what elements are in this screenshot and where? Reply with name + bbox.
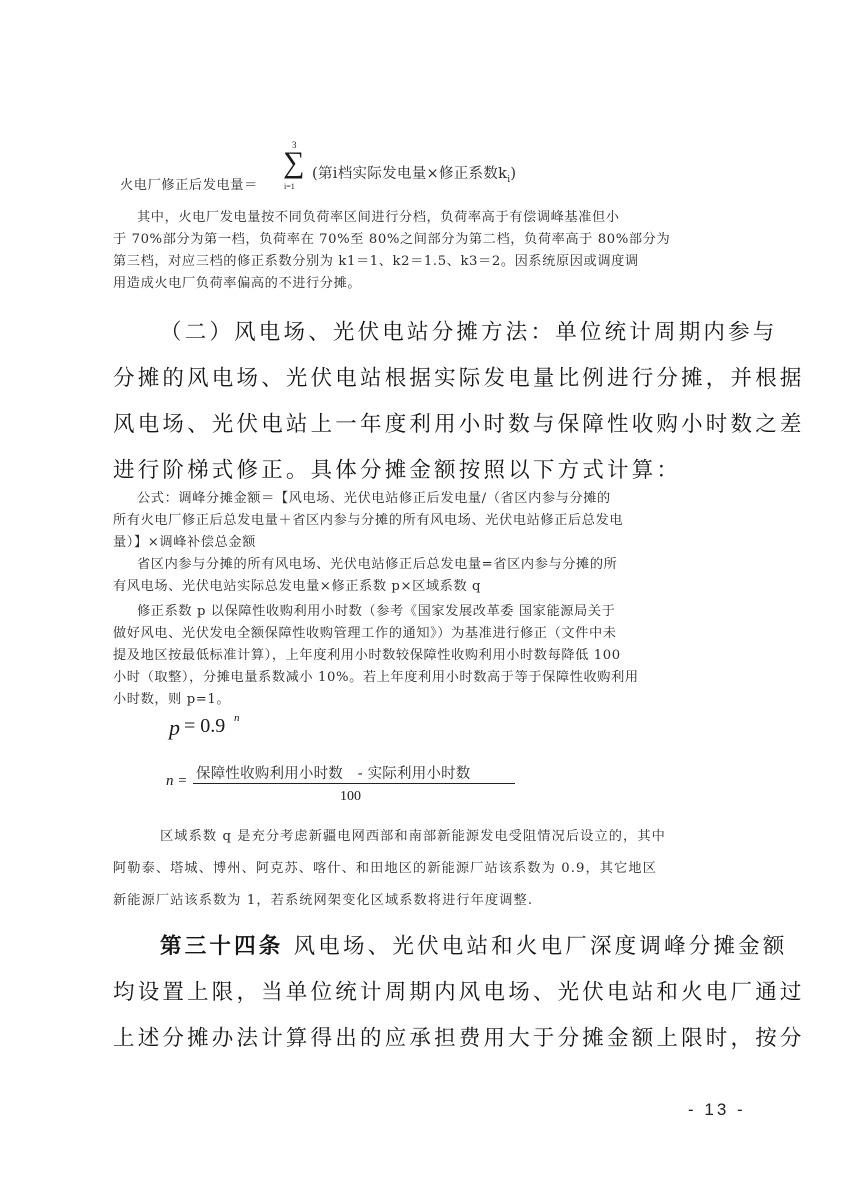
formula-n-denominator: 100 (340, 789, 361, 805)
formula-p-exponent: n (234, 712, 240, 724)
fraction-bar (193, 783, 515, 784)
text-line: 用造成火电厂负荷率偏高的不进行分摊。 (113, 272, 361, 291)
text-line: 新能源厂站该系数为 1，若系统网架变化区域系数将进行年度调整. (113, 889, 533, 908)
formula-n-numerator: 保障性收购利用小时数 - 实际利用小时数 (196, 762, 471, 783)
text-line: （二）风电场、光伏电站分摊方法：单位统计周期内参与 (160, 315, 778, 346)
text-line: 上述分摊办法计算得出的应承担费用大于分摊金额上限时，按分 (113, 1021, 805, 1052)
article-34-line: 第三十四条 风电场、光伏电站和火电厂深度调峰分摊金额 (160, 929, 788, 960)
formula-n-lhs: n = (166, 773, 187, 790)
formula-p-rhs: = 0.9 (184, 715, 225, 738)
formula1-lhs: 火电厂修正后发电量＝ (120, 174, 258, 193)
text-line: 风电场、光伏电站上一年度利用小时数与保障性收购小时数之差 (113, 407, 805, 438)
formula1-close: ) (510, 166, 516, 182)
text-line: 做好风电、光伏发电全额保障性收购管理工作的通知》）为基准进行修正（文件中未 (113, 622, 617, 641)
text-line: 均设置上限，当单位统计周期内风电场、光伏电站和火电厂通过 (113, 975, 805, 1006)
formula1-body: (第i档实际发电量×修正系数ki) (312, 162, 516, 185)
text-line: 小时（取整），分摊电量系数减小 10%。若上年度利用小时数高于等于保障性收购利用 (113, 666, 639, 685)
text-line: 修正系数 p 以保障性收购利用小时数（参考《国家发展改革委 国家能源局关于 (137, 600, 615, 619)
text-line: 小时数，则 p=1。 (113, 688, 230, 707)
text-line: 省区内参与分摊的所有风电场、光伏电站修正后总发电量=省区内参与分摊的所 (137, 553, 617, 572)
text-line: 阿勒泰、塔城、博州、阿克苏、喀什、和田地区的新能源厂站该系数为 0.9，其它地区 (113, 857, 657, 876)
text-line: 分摊的风电场、光伏电站根据实际发电量比例进行分摊，并根据 (113, 361, 805, 392)
formula1-body-text: (第i档实际发电量×修正系数k (312, 166, 507, 182)
text-line: 提及地区按最低标准计算），上年度利用小时数较保障性收购利用小时数每降低 100 (113, 644, 621, 663)
text-line: 风电场、光伏电站和火电厂深度调峰分摊金额 (294, 934, 788, 959)
formula-p-lhs: p (169, 715, 180, 741)
text-line: 公式：调峰分摊金额＝【风电场、光伏电站修正后发电量/（省区内参与分摊的 (137, 487, 611, 506)
text-line: 有风电场、光伏电站实际总发电量×修正系数 p×区域系数 q (113, 575, 481, 594)
sigma-symbol: ∑ (283, 148, 304, 178)
text-line: 第三档，对应三档的修正系数分别为 k1＝1、k2＝1.5、k3＝2。因系统原因或… (113, 250, 639, 269)
sigma-lower: i=1 (284, 182, 295, 191)
text-line: 量）】×调峰补偿总金额 (113, 531, 256, 550)
text-line: 所有火电厂修正后总发电量＋省区内参与分摊的所有风电场、光伏电站修正后总发电 (113, 509, 623, 528)
text-line: 进行阶梯式修正。具体分摊金额按照以下方式计算： (113, 453, 681, 484)
article-34-heading: 第三十四条 (160, 934, 284, 959)
page-number: - 13 - (688, 1100, 746, 1120)
text-line: 于 70%部分为第一档，负荷率在 70%至 80%之间部分为第二档，负荷率高于 … (113, 228, 670, 247)
text-line: 其中，火电厂发电量按不同负荷率区间进行分档，负荷率高于有偿调峰基准但小 (137, 206, 620, 225)
text-line: 区域系数 q 是充分考虑新疆电网西部和南部新能源发电受阻情况后设立的，其中 (160, 825, 666, 844)
